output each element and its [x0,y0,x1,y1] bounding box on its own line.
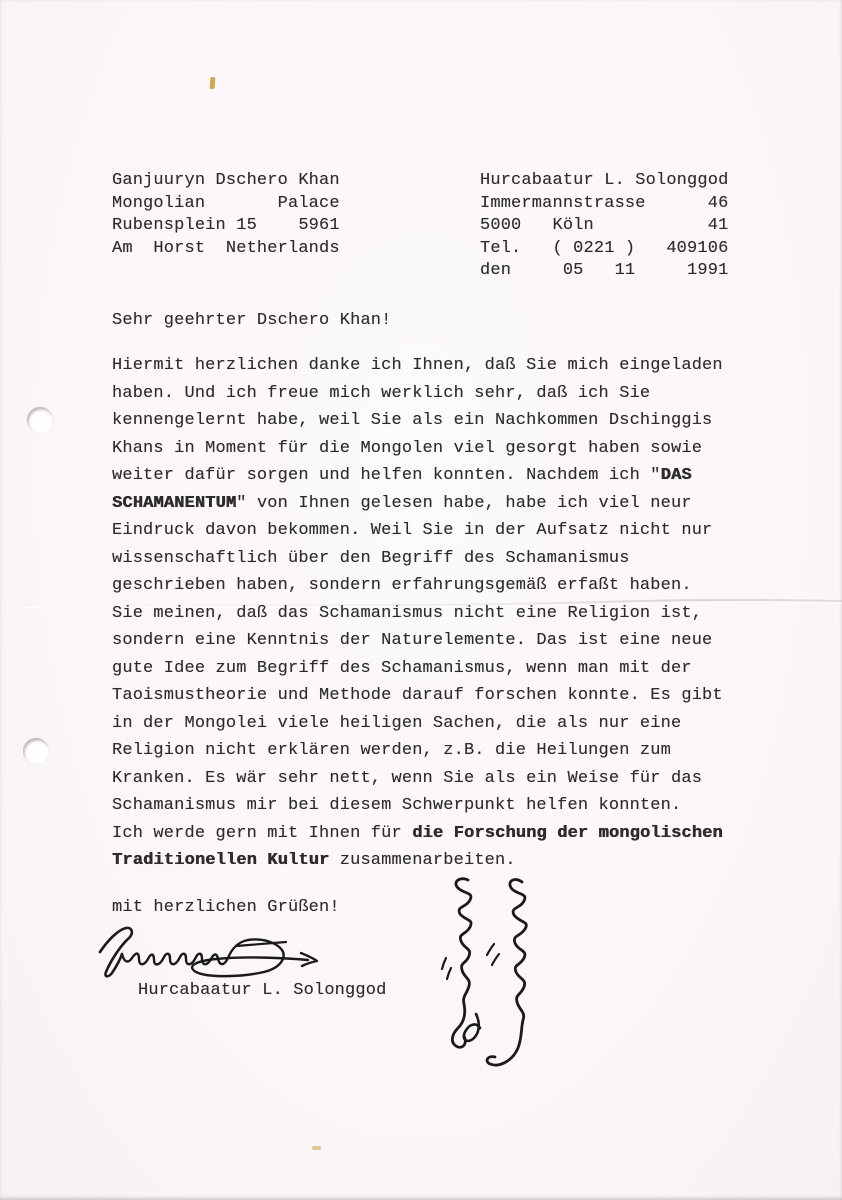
text-segment: Taoismustheorie und Methode darauf forsc… [112,686,723,705]
body-line: Eindruck davon bekommen. Weil Sie in der… [112,517,723,545]
body-line: Khans in Moment für die Mongolen viel ge… [112,435,723,463]
body-line: Sie meinen, daß das Schamanismus nicht e… [112,600,723,628]
address-line: Mongolian Palace [112,193,340,216]
stain-speck-bottom [312,1146,321,1150]
typed-signature-name: Hurcabaatur L. Solonggod [138,981,386,1000]
text-segment: geschrieben haben, sondern erfahrungsgem… [112,576,692,595]
bold-text-segment: Traditionellen Kultur [112,851,329,870]
address-line: Ganjuuryn Dschero Khan [112,170,340,193]
bold-text-segment: die Forschung der mongolischen [412,824,723,843]
address-line: den 05 11 1991 [480,260,728,283]
text-segment: " von Ihnen gelesen habe, habe ich viel … [236,494,691,513]
body-line: weiter dafür sorgen und helfen konnten. … [112,462,723,490]
body-line: Ich werde gern mit Ihnen für die Forschu… [112,820,723,848]
text-segment: Hiermit herzlichen danke ich Ihnen, daß … [112,356,723,375]
body-line: SCHAMANENTUM" von Ihnen gelesen habe, ha… [112,490,723,518]
salutation: Sehr geehrter Dschero Khan! [112,311,392,330]
text-segment: Eindruck davon bekommen. Weil Sie in der… [112,521,712,540]
stain-speck-top [210,77,216,89]
text-segment: gute Idee zum Begriff des Schamanismus, … [112,659,692,678]
text-segment: Ich werde gern mit Ihnen für [112,824,412,843]
text-segment: Kranken. Es wär sehr nett, wenn Sie als … [112,769,702,788]
mongolian-script-handwriting [440,866,555,1076]
letter-page: Ganjuuryn Dschero KhanMongolian PalaceRu… [0,0,842,1200]
bold-text-segment: SCHAMANENTUM [112,494,236,513]
letter-body: Hiermit herzlichen danke ich Ihnen, daß … [112,352,723,875]
body-line: Religion nicht erklären werden, z.B. die… [112,737,723,765]
punch-hole-bottom [23,738,49,764]
body-line: wissenschaftlich über den Begriff des Sc… [112,545,723,573]
address-line: Immermannstrasse 46 [480,193,728,216]
body-line: Traditionellen Kultur zusammenarbeiten. [112,847,723,875]
text-segment: weiter dafür sorgen und helfen konnten. … [112,466,661,485]
address-line: Tel. ( 0221 ) 409106 [480,238,728,261]
recipient-address-block: Ganjuuryn Dschero KhanMongolian PalaceRu… [112,170,340,260]
body-line: haben. Und ich freue mich werklich sehr,… [112,380,723,408]
address-line: Am Horst Netherlands [112,238,340,261]
punch-hole-top [27,407,53,433]
text-segment: kennengelernt habe, weil Sie als ein Nac… [112,411,712,430]
text-segment: haben. Und ich freue mich werklich sehr,… [112,384,650,403]
text-segment: Schamanismus mir bei diesem Schwerpunkt … [112,796,681,815]
address-line: Rubensplein 15 5961 [112,215,340,238]
text-segment: Sie meinen, daß das Schamanismus nicht e… [112,604,702,623]
bold-text-segment: DAS [661,466,692,485]
body-line: Taoismustheorie und Methode darauf forsc… [112,682,723,710]
body-line: Hiermit herzlichen danke ich Ihnen, daß … [112,352,723,380]
handwritten-signature [96,918,336,990]
sender-address-block: Hurcabaatur L. SolonggodImmermannstrasse… [480,170,728,283]
body-line: gute Idee zum Begriff des Schamanismus, … [112,655,723,683]
text-segment: Religion nicht erklären werden, z.B. die… [112,741,671,760]
body-line: kennengelernt habe, weil Sie als ein Nac… [112,407,723,435]
text-segment: Khans in Moment für die Mongolen viel ge… [112,439,702,458]
body-line: Kranken. Es wär sehr nett, wenn Sie als … [112,765,723,793]
body-line: sondern eine Kenntnis der Naturelemente.… [112,627,723,655]
body-line: Schamanismus mir bei diesem Schwerpunkt … [112,792,723,820]
address-line: Hurcabaatur L. Solonggod [480,170,728,193]
address-line: 5000 Köln 41 [480,215,728,238]
text-segment: in der Mongolei viele heiligen Sachen, d… [112,714,681,733]
text-segment: wissenschaftlich über den Begriff des Sc… [112,549,630,568]
body-line: in der Mongolei viele heiligen Sachen, d… [112,710,723,738]
body-line: geschrieben haben, sondern erfahrungsgem… [112,572,723,600]
closing-greeting: mit herzlichen Grüßen! [112,898,340,917]
text-segment: sondern eine Kenntnis der Naturelemente.… [112,631,712,650]
